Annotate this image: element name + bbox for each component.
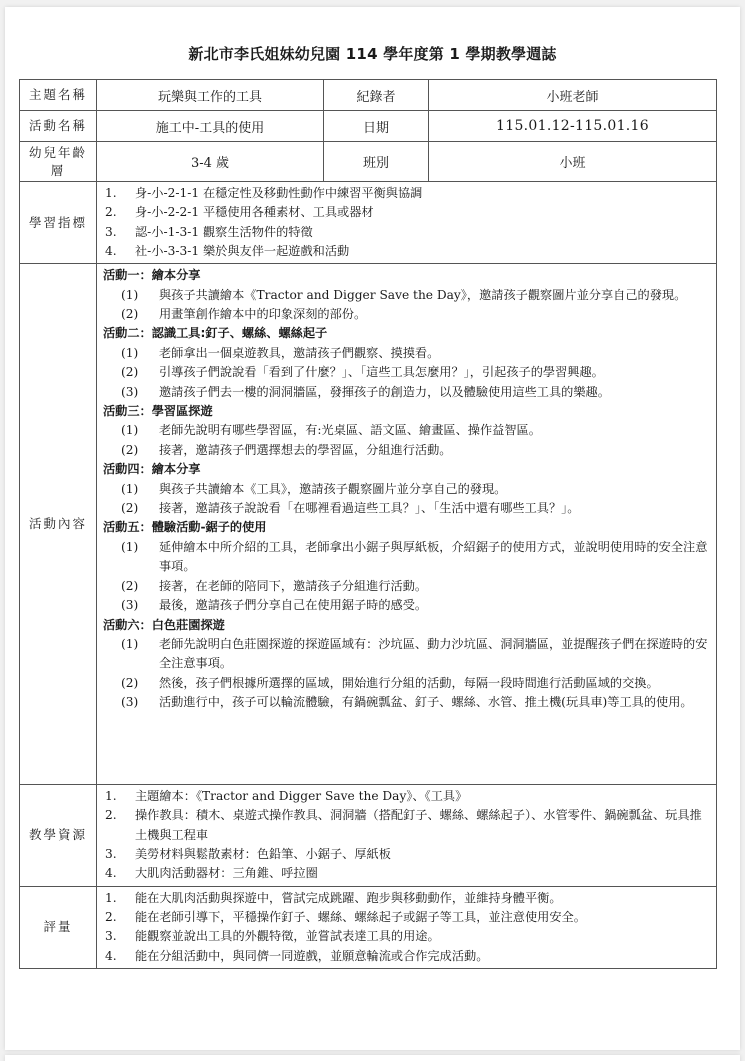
teaching-journal-table: 主題名稱 玩樂與工作的工具 紀錄者 小班老師 活動名稱 施工中-工具的使用 日期… <box>19 79 717 969</box>
assessment-item: 1.能在大肌肉活動與探遊中，嘗試完成跳躍、跑步與移動動作，並維持身體平衡。 <box>103 889 710 908</box>
assessment-list: 1.能在大肌肉活動與探遊中，嘗試完成跳躍、跑步與移動動作，並維持身體平衡。 2.… <box>97 886 717 968</box>
resource-item: 2.操作教具：積木、桌遊式操作教具、洞洞牆（搭配釘子、螺絲、螺絲起子）、水管零件… <box>103 806 710 845</box>
indicator-item: 2.身-小-2-2-1 平穩使用各種素材、工具或器材 <box>103 203 710 222</box>
indicator-item: 3.認-小-1-3-1 觀察生活物件的特徵 <box>103 223 710 242</box>
resource-item: 4.大肌肉活動器材：三角錐、呼拉圈 <box>103 864 710 883</box>
activity-4: 活動四：繪本分享 (1)與孩子共讀繪本《工具》，邀請孩子觀察圖片並分享自己的發現… <box>103 460 710 518</box>
age-label: 幼兒年齡層 <box>20 142 97 182</box>
activity-step: (2)接著，在老師的陪同下，邀請孩子分組進行活動。 <box>103 577 710 596</box>
recorder-label: 紀錄者 <box>324 80 429 111</box>
indicator-item: 4.社-小-3-3-1 樂於與友伴一起遊戲和活動 <box>103 242 710 261</box>
row-activity-content: 活動內容 活動一：繪本分享 (1)與孩子共讀繪本《Tractor and Dig… <box>20 264 717 785</box>
activity-name-label: 活動名稱 <box>20 111 97 142</box>
activity-step: (2)然後，孩子們根據所選擇的區域，開始進行分組的活動，每隔一段時間進行活動區域… <box>103 674 710 693</box>
teaching-resources-list: 1.主題繪本：《Tractor and Digger Save the Day》… <box>97 785 717 886</box>
activity-step: (1)延伸繪本中所介紹的工具，老師拿出小鋸子與厚紙板，介紹鋸子的使用方式，並說明… <box>103 538 710 577</box>
activity-step: (2)接著，邀請孩子說說看「在哪裡看過這些工具？」、「生活中還有哪些工具？」。 <box>103 499 710 518</box>
indicator-item: 1.身-小-2-1-1 在穩定性及移動性動作中練習平衡與協調 <box>103 184 710 203</box>
activity-step: (3)活動進行中，孩子可以輪流體驗，有鍋碗瓢盆、釘子、螺絲、水管、推土機(玩具車… <box>103 693 710 712</box>
resource-item: 3.美勞材料與鬆散素材：色鉛筆、小鋸子、厚紙板 <box>103 845 710 864</box>
activity-step: (1)老師拿出一個桌遊教具，邀請孩子們觀察、摸摸看。 <box>103 344 710 363</box>
assessment-item: 3.能觀察並說出工具的外觀特徵，並嘗試表達工具的用途。 <box>103 927 710 946</box>
activity-step: (2)用畫筆創作繪本中的印象深刻的部份。 <box>103 305 710 324</box>
age-value: 3-4 歲 <box>97 142 324 182</box>
activity-1: 活動一：繪本分享 (1)與孩子共讀繪本《Tractor and Digger S… <box>103 266 710 324</box>
row-teaching-resources: 教學資源 1.主題繪本：《Tractor and Digger Save the… <box>20 785 717 886</box>
assessment-label: 評量 <box>20 886 97 968</box>
theme-value: 玩樂與工作的工具 <box>97 80 324 111</box>
document-title: 新北市李氏姐妹幼兒園 114 學年度第 1 學期教學週誌 <box>0 43 745 64</box>
activity-step: (2)引導孩子們說說看「看到了什麼？」、「這些工具怎麼用？」，引起孩子的學習興趣… <box>103 363 710 382</box>
activity-6: 活動六：白色莊園探遊 (1)老師先說明白色莊園探遊的探遊區域有：沙坑區、動力沙坑… <box>103 616 710 713</box>
class-value: 小班 <box>429 142 717 182</box>
row-theme: 主題名稱 玩樂與工作的工具 紀錄者 小班老師 <box>20 80 717 111</box>
row-age: 幼兒年齡層 3-4 歲 班別 小班 <box>20 142 717 182</box>
row-assessment: 評量 1.能在大肌肉活動與探遊中，嘗試完成跳躍、跑步與移動動作，並維持身體平衡。… <box>20 886 717 968</box>
activity-name-value: 施工中-工具的使用 <box>97 111 324 142</box>
activity-step: (1)與孩子共讀繪本《工具》，邀請孩子觀察圖片並分享自己的發現。 <box>103 480 710 499</box>
activity-content-list: 活動一：繪本分享 (1)與孩子共讀繪本《Tractor and Digger S… <box>97 264 717 785</box>
activity-step: (1)老師先說明白色莊園探遊的探遊區域有：沙坑區、動力沙坑區、洞洞牆區，並提醒孩… <box>103 635 710 674</box>
date-label: 日期 <box>324 111 429 142</box>
activity-step: (3)邀請孩子們去一樓的洞洞牆區，發揮孩子的創造力，以及體驗使用這些工具的樂趣。 <box>103 383 710 402</box>
assessment-item: 2.能在老師引導下，平穩操作釘子、螺絲、螺絲起子或鋸子等工具，並注意使用安全。 <box>103 908 710 927</box>
resource-item: 1.主題繪本：《Tractor and Digger Save the Day》… <box>103 787 710 806</box>
recorder-value: 小班老師 <box>429 80 717 111</box>
activity-step: (1)老師先說明有哪些學習區，有:光桌區、語文區、繪畫區、操作益智區。 <box>103 421 710 440</box>
row-activity-name: 活動名稱 施工中-工具的使用 日期 115.01.12-115.01.16 <box>20 111 717 142</box>
learning-indicators-label: 學習指標 <box>20 182 97 264</box>
date-value: 115.01.12-115.01.16 <box>429 111 717 142</box>
learning-indicators-list: 1.身-小-2-1-1 在穩定性及移動性動作中練習平衡與協調 2.身-小-2-2… <box>97 182 717 264</box>
activity-step: (3)最後，邀請孩子們分享自己在使用鋸子時的感受。 <box>103 596 710 615</box>
row-learning-indicators: 學習指標 1.身-小-2-1-1 在穩定性及移動性動作中練習平衡與協調 2.身-… <box>20 182 717 264</box>
teaching-resources-label: 教學資源 <box>20 785 97 886</box>
activity-content-label: 活動內容 <box>20 264 97 785</box>
theme-label: 主題名稱 <box>20 80 97 111</box>
activity-step: (2)接著，邀請孩子們選擇想去的學習區，分組進行活動。 <box>103 441 710 460</box>
class-label: 班別 <box>324 142 429 182</box>
activity-5: 活動五：體驗活動-鋸子的使用 (1)延伸繪本中所介紹的工具，老師拿出小鋸子與厚紙… <box>103 518 710 615</box>
next-page-edge <box>5 1055 740 1061</box>
activity-2: 活動二：認識工具:釘子、螺絲、螺絲起子 (1)老師拿出一個桌遊教具，邀請孩子們觀… <box>103 324 710 402</box>
activity-step: (1)與孩子共讀繪本《Tractor and Digger Save the D… <box>103 286 710 305</box>
assessment-item: 4.能在分組活動中，與同儕一同遊戲，並願意輪流或合作完成活動。 <box>103 947 710 966</box>
activity-3: 活動三：學習區探遊 (1)老師先說明有哪些學習區，有:光桌區、語文區、繪畫區、操… <box>103 402 710 460</box>
